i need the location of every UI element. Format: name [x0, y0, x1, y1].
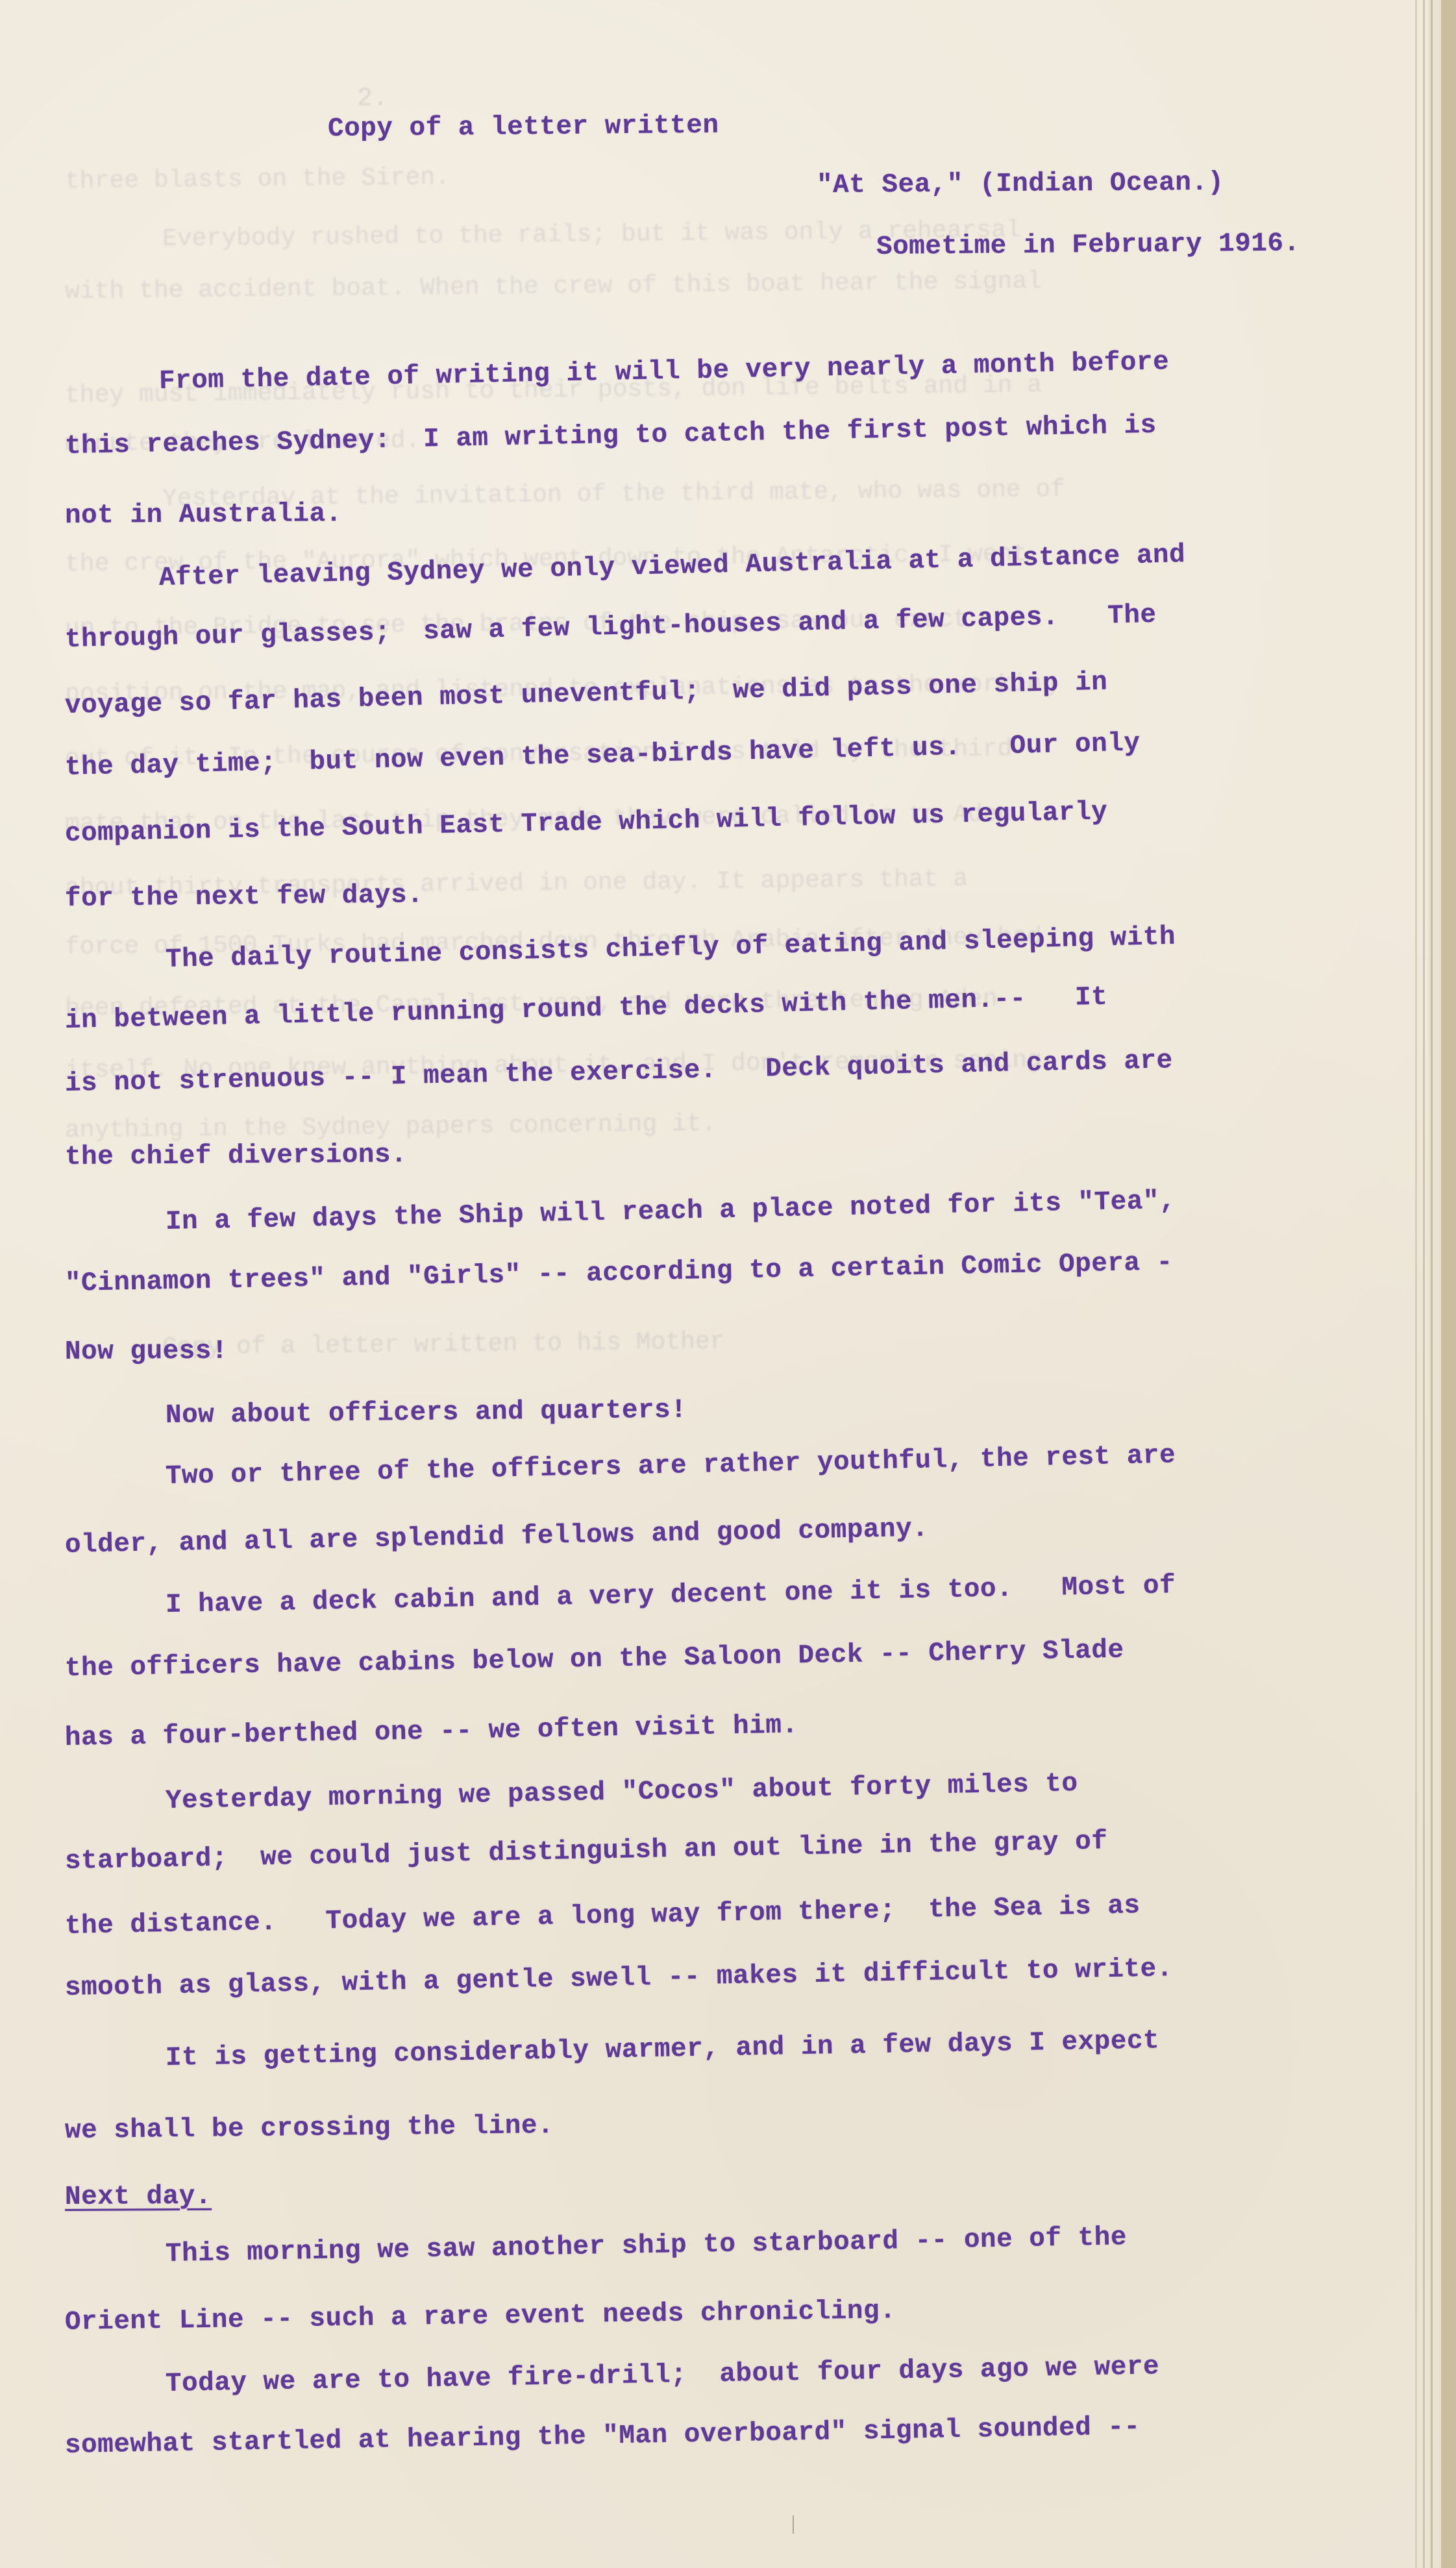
body-line: voyage so far has been most uneventful; … — [64, 668, 1107, 721]
body-line: Two or three of the officers are rather … — [166, 1440, 1176, 1492]
body-line: The daily routine consists chiefly of ea… — [165, 922, 1176, 975]
body-line: Today we are to have fire-drill; about f… — [166, 2352, 1160, 2399]
body-line: smooth as glass, with a gentle swell -- … — [65, 1954, 1174, 2003]
body-line: we shall be crossing the line. — [65, 2111, 554, 2146]
body-line: Orient Line -- such a rare event needs c… — [65, 2296, 896, 2338]
body-line: through our glasses; saw a few light-hou… — [64, 600, 1157, 655]
letter-date: Sometime in February 1916. — [876, 228, 1300, 262]
body-line: is not strenuous -- I mean the exercise.… — [65, 1046, 1174, 1099]
body-line: In a few days the Ship will reach a plac… — [166, 1186, 1176, 1237]
letter-location: "At Sea," (Indian Ocean.) — [817, 168, 1224, 201]
letter-title: Copy of a letter written — [328, 111, 719, 144]
body-line: Now guess! — [65, 1337, 228, 1367]
body-line: for the next few days. — [65, 880, 424, 914]
body-line: the officers have cabins below on the Sa… — [65, 1636, 1124, 1684]
typed-letter: Copy of a letter written "At Sea," (Indi… — [0, 0, 1456, 2568]
body-line: starboard; we could just distinguish an … — [65, 1827, 1108, 1877]
body-line: this reaches Sydney: I am writing to cat… — [65, 411, 1157, 462]
body-line: somewhat startled at hearing the "Man ov… — [65, 2412, 1141, 2461]
body-line: I have a deck cabin and a very decent on… — [166, 1571, 1176, 1620]
body-line: From the date of writing it will be very… — [159, 347, 1170, 397]
section-heading-next-day: Next day. — [65, 2182, 212, 2212]
body-line: This morning we saw another ship to star… — [166, 2223, 1128, 2269]
body-line: It is getting considerably warmer, and i… — [166, 2026, 1160, 2073]
body-line: the day time; but now even the sea-birds… — [64, 728, 1140, 783]
body-line: not in Australia. — [65, 499, 342, 531]
body-line: the chief diversions. — [65, 1140, 407, 1172]
body-line: in between a little running round the de… — [64, 983, 1107, 1036]
body-line: After leaving Sydney we only viewed Aust… — [158, 540, 1185, 593]
body-line: Yesterday morning we passed "Cocos" abou… — [166, 1769, 1078, 1816]
body-line: older, and all are splendid fellows and … — [65, 1514, 929, 1561]
body-line: the distance. Today we are a long way fr… — [65, 1891, 1141, 1942]
body-line: companion is the South East Trade which … — [65, 797, 1108, 849]
body-line: "Cinnamon trees" and "Girls" -- accordin… — [65, 1248, 1174, 1299]
paper-mark — [793, 2515, 794, 2534]
body-line: Now about officers and quarters! — [166, 1396, 687, 1431]
body-line: has a four-berthed one -- we often visit… — [65, 1710, 798, 1753]
